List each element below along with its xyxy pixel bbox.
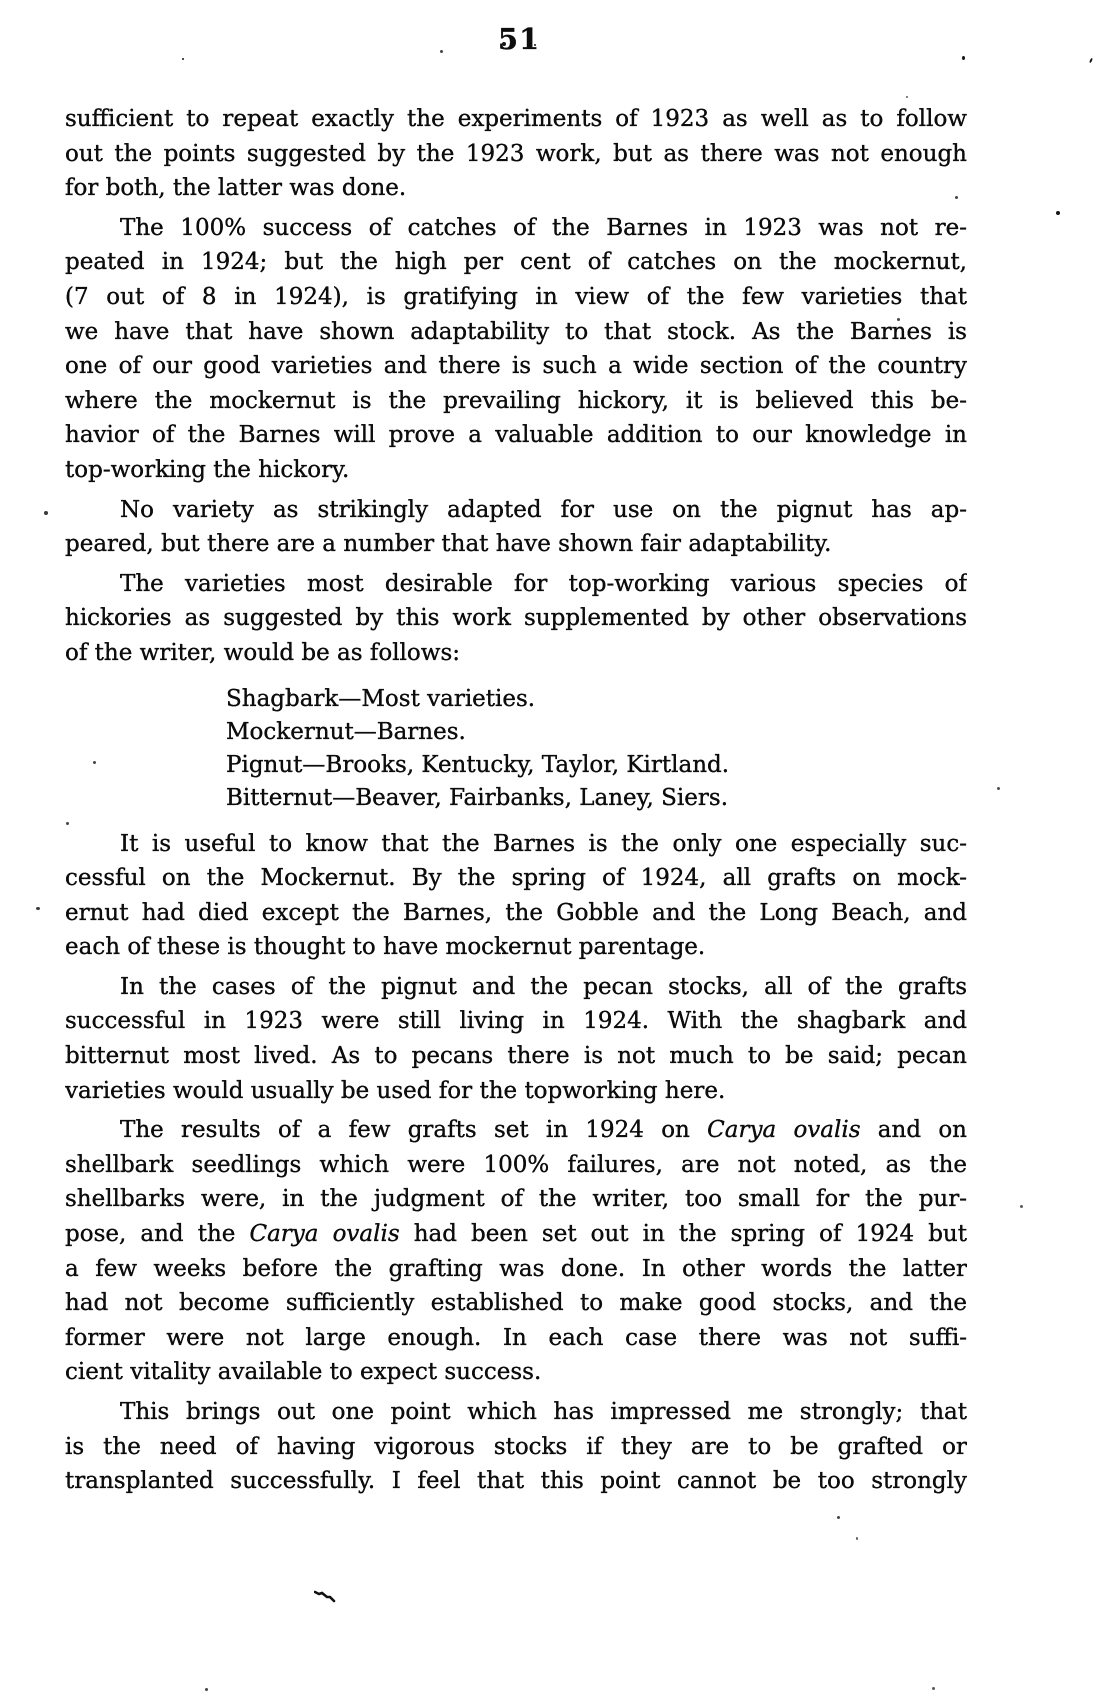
text-line: (7 out of 8 in 1924), is gratifying in v… [65, 280, 967, 315]
scan-speck [1020, 1205, 1023, 1208]
text-line: each of these is thought to have mockern… [65, 930, 967, 965]
paragraph: This brings out one point which has impr… [65, 1395, 967, 1499]
text-line: This brings out one point which has impr… [65, 1395, 967, 1430]
scan-speck [502, 42, 506, 46]
text-line: top-working the hickory. [65, 453, 967, 488]
scan-speck [66, 822, 69, 825]
scan-speck [93, 761, 96, 764]
italic-species-name: Carya ovalis [249, 1221, 399, 1247]
text-line: The results of a few grafts set in 1924 … [65, 1113, 967, 1148]
text-line: The varieties most desirable for top-wor… [65, 567, 967, 602]
text-line: cessful on the Mockernut. By the spring … [65, 861, 967, 896]
text-line: peated in 1924; but the high per cent of… [65, 245, 967, 280]
text-line: In the cases of the pignut and the pecan… [65, 970, 967, 1005]
scan-speck [962, 56, 965, 60]
paragraph: sufficient to repeat exactly the experim… [65, 102, 967, 206]
text-line: cient vitality available to expect succe… [65, 1355, 967, 1390]
scan-speck [182, 58, 184, 60]
variety-list-item: Pignut—Brooks, Kentucky, Taylor, Kirtlan… [226, 749, 967, 782]
variety-list-item: Mockernut—Barnes. [226, 716, 967, 749]
text-line: former were not large enough. In each ca… [65, 1321, 967, 1356]
paragraph: It is useful to know that the Barnes is … [65, 827, 967, 965]
text-line: havior of the Barnes will prove a valuab… [65, 418, 967, 453]
scan-speck [906, 96, 908, 98]
ink-squiggle [314, 1589, 336, 1604]
text-line: No variety as strikingly adapted for use… [65, 493, 967, 528]
text-line: shellbark seedlings which were 100% fail… [65, 1148, 967, 1183]
text-line: varieties would usually be used for the … [65, 1074, 967, 1109]
scan-speck [288, 692, 291, 695]
text-line: hickories as suggested by this work supp… [65, 601, 967, 636]
paragraph: The results of a few grafts set in 1924 … [65, 1113, 967, 1390]
text-line: where the mockernut is the prevailing hi… [65, 384, 967, 419]
text-line: transplanted successfully. I feel that t… [65, 1464, 967, 1499]
text-line: bitternut most lived. As to pecans there… [65, 1039, 967, 1074]
text-line: It is useful to know that the Barnes is … [65, 827, 967, 862]
variety-list-item: Shagbark—Most varieties. [226, 683, 967, 716]
text-line: The 100% success of catches of the Barne… [65, 211, 967, 246]
scan-speck [1056, 211, 1060, 215]
text-line: a few weeks before the grafting was done… [65, 1252, 967, 1287]
page-body: sufficient to repeat exactly the experim… [65, 102, 967, 1499]
scanned-document-page: { "page": { "number": "51", "blocks": [ … [0, 0, 1100, 1699]
scan-speck [932, 1687, 935, 1690]
paragraph: The 100% success of catches of the Barne… [65, 211, 967, 488]
scan-speck [205, 1688, 208, 1691]
scan-speck [44, 511, 48, 515]
text-line: of the writer, would be as follows: [65, 636, 967, 671]
text-line: we have that have shown adaptability to … [65, 315, 967, 350]
text-line: ernut had died except the Barnes, the Go… [65, 896, 967, 931]
text-line: one of our good varieties and there is s… [65, 349, 967, 384]
scan-speck [997, 787, 1000, 790]
text-line: successful in 1923 were still living in … [65, 1004, 967, 1039]
text-line: sufficient to repeat exactly the experim… [65, 102, 967, 137]
text-line: pose, and the Carya ovalis had been set … [65, 1217, 967, 1252]
text-line: peared, but there are a number that have… [65, 527, 967, 562]
text-line: for both, the latter was done. [65, 171, 967, 206]
variety-list: Shagbark—Most varieties.Mockernut—Barnes… [65, 683, 967, 815]
scan-speck [534, 44, 536, 46]
scan-speck [837, 1516, 840, 1519]
scan-speck [440, 50, 443, 53]
scan-speck [36, 907, 40, 910]
scan-speck [1089, 58, 1093, 63]
text-line: is the need of having vigorous stocks if… [65, 1430, 967, 1465]
scan-speck [856, 1537, 858, 1540]
paragraph: In the cases of the pignut and the pecan… [65, 970, 967, 1108]
paragraph: The varieties most desirable for top-wor… [65, 567, 967, 671]
paragraph: No variety as strikingly adapted for use… [65, 493, 967, 562]
scan-speck [897, 318, 900, 321]
italic-species-name: Carya ovalis [707, 1117, 860, 1143]
text-line: had not become sufficiently established … [65, 1286, 967, 1321]
page-number: 51 [0, 22, 1038, 56]
text-line: out the points suggested by the 1923 wor… [65, 137, 967, 172]
scan-speck [955, 196, 958, 199]
text-line: shellbarks were, in the judgment of the … [65, 1182, 967, 1217]
variety-list-item: Bitternut—Beaver, Fairbanks, Laney, Sier… [226, 782, 967, 815]
